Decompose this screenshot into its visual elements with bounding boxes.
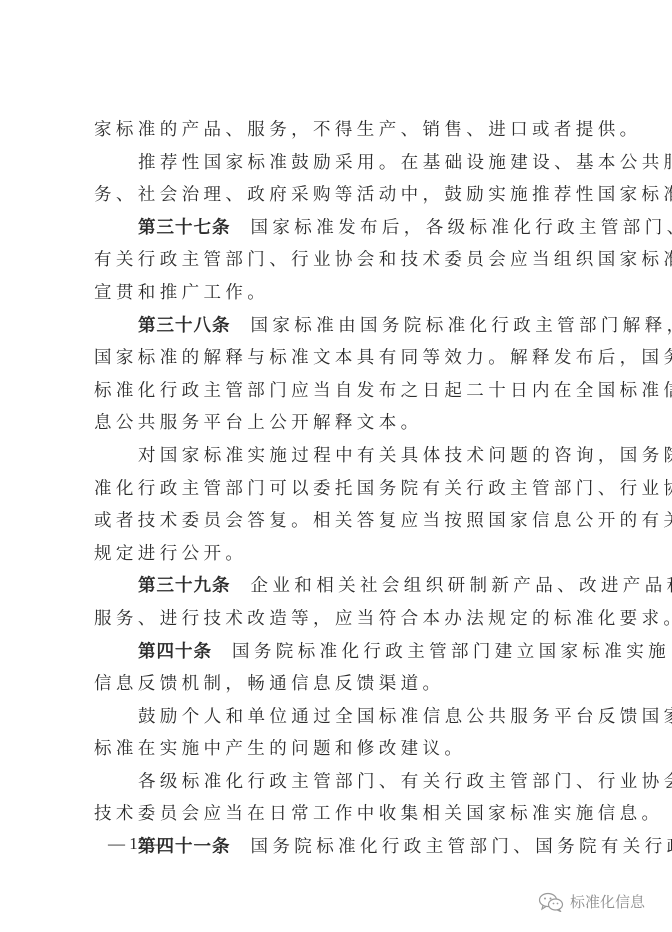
- watermark-label: 标准化信息: [570, 891, 645, 912]
- text-line: 推荐性国家标准鼓励采用。在基础设施建设、基本公共服: [94, 147, 580, 180]
- article-number: 第三十八条: [138, 316, 231, 336]
- text-line: 信息反馈机制，畅通信息反馈渠道。: [94, 668, 580, 701]
- text-line: 或者技术委员会答复。相关答复应当按照国家信息公开的有关: [94, 505, 580, 538]
- text-line: 务、社会治理、政府采购等活动中，鼓励实施推荐性国家标准。: [94, 179, 580, 212]
- text-line: 技术委员会应当在日常工作中收集相关国家标准实施信息。: [94, 798, 580, 831]
- watermark: 标准化信息: [538, 891, 645, 912]
- wechat-icon: [538, 892, 564, 912]
- text-line: 标准在实施中产生的问题和修改建议。: [94, 733, 580, 766]
- page-number: — 12 —: [108, 834, 168, 854]
- text-line: 鼓励个人和单位通过全国标准信息公共服务平台反馈国家: [94, 701, 580, 734]
- text-line: 有关行政主管部门、行业协会和技术委员会应当组织国家标准的: [94, 244, 580, 277]
- article-37-line: 第三十七条国家标准发布后，各级标准化行政主管部门、: [94, 212, 580, 245]
- text-line: 国家标准的解释与标准文本具有同等效力。解释发布后，国务院: [94, 342, 580, 375]
- text-line: 准化行政主管部门可以委托国务院有关行政主管部门、行业协会: [94, 473, 580, 506]
- document-body: 家标准的产品、服务，不得生产、销售、进口或者提供。 推荐性国家标准鼓励采用。在基…: [94, 114, 580, 864]
- article-number: 第三十七条: [138, 218, 231, 238]
- article-39-line: 第三十九条企业和相关社会组织研制新产品、改进产品和: [94, 570, 580, 603]
- text-line: 宣贯和推广工作。: [94, 277, 580, 310]
- text-line: 息公共服务平台上公开解释文本。: [94, 407, 580, 440]
- article-number: 第四十条: [138, 642, 212, 662]
- text-line: 各级标准化行政主管部门、有关行政主管部门、行业协会和: [94, 766, 580, 799]
- text-line: 规定进行公开。: [94, 538, 580, 571]
- article-38-line: 第三十八条国家标准由国务院标准化行政主管部门解释，: [94, 310, 580, 343]
- text-line: 家标准的产品、服务，不得生产、销售、进口或者提供。: [94, 114, 580, 147]
- article-40-line: 第四十条国务院标准化行政主管部门建立国家标准实施: [94, 636, 580, 669]
- text-line: 服务、进行技术改造等，应当符合本办法规定的标准化要求。: [94, 603, 580, 636]
- text-line: 标准化行政主管部门应当自发布之日起二十日内在全国标准信: [94, 375, 580, 408]
- article-number: 第三十九条: [138, 576, 231, 596]
- text-line: 对国家标准实施过程中有关具体技术问题的咨询，国务院标: [94, 440, 580, 473]
